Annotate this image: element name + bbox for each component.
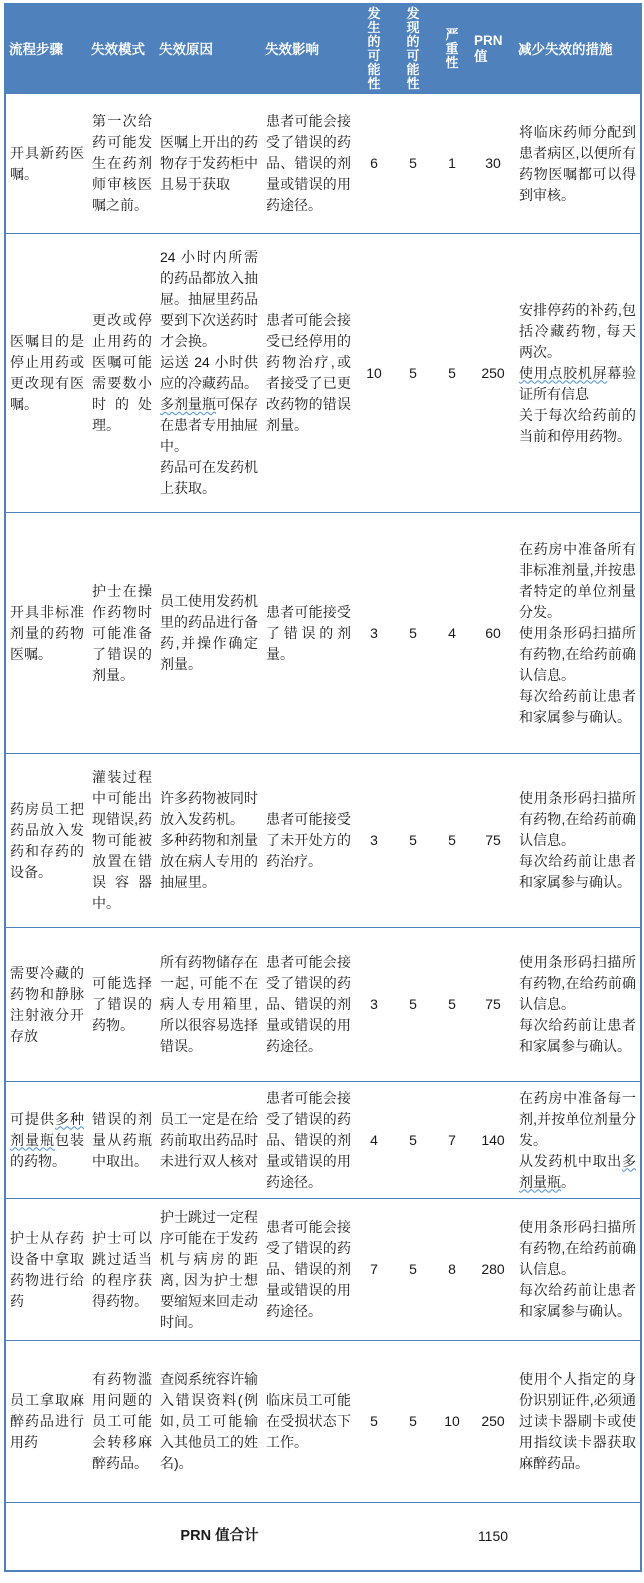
cell-occurrence-likelihood: 3 xyxy=(355,928,393,1082)
cell-detection-likelihood: 5 xyxy=(393,94,433,234)
footer-row: PRN 值合计 1150 xyxy=(5,1503,641,1571)
table-row: 可提供多种剂量瓶包装的药物。 错误的剂量从药瓶中取出。 员工一定是在给药前取出药… xyxy=(5,1082,641,1199)
cell-failure-cause: 护士跳过一定程序可能在于发药机与病房的距离, 因为护士想要缩短来回走动时间。 xyxy=(156,1199,262,1341)
cell-prn-value: 60 xyxy=(471,513,515,754)
spellcheck-squiggle: 多种剂量瓶 xyxy=(10,1111,84,1148)
cell-prn-value: 250 xyxy=(471,234,515,513)
cell-measures: 将临床药师分配到患者病区,以便所有药物医嘱都可以得到审核。 xyxy=(515,94,641,234)
cell-prn-value: 140 xyxy=(471,1082,515,1199)
cell-failure-cause: 员工一定是在给药前取出药品时未进行双人核对 xyxy=(156,1082,262,1199)
cell-prn-value: 30 xyxy=(471,94,515,234)
table-row: 护士从存药设备中拿取药物进行给药 护士可以跳过适当的程序获得药物。 护士跳过一定… xyxy=(5,1199,641,1341)
cell-process-step: 医嘱目的是停止用药或更改现有医嘱。 xyxy=(5,234,88,513)
cell-measures: 使用个人指定的身份识别证件,必须通过读卡器刷卡或使用指纹读卡器获取麻醉药品。 xyxy=(515,1341,641,1503)
cell-failure-effect: 患者可能会接受了错误的药品、错误的剂量或错误的用药途径。 xyxy=(262,1082,355,1199)
cell-failure-mode: 有药物滥用问题的员工可能会转移麻醉药品。 xyxy=(88,1341,156,1503)
cell-occurrence-likelihood: 3 xyxy=(355,513,393,754)
cell-detection-likelihood: 5 xyxy=(393,234,433,513)
cell-failure-mode: 护士可以跳过适当的程序获得药物。 xyxy=(88,1199,156,1341)
cell-severity: 5 xyxy=(433,754,471,928)
cell-failure-effect: 患者可能会接受已经停用的药物治疗,或者接受了已更改药物的错误剂量。 xyxy=(262,234,355,513)
cell-failure-mode: 可能选择了错误的药物。 xyxy=(88,928,156,1082)
cell-failure-cause: 所有药物储存在一起, 可能不在病人专用箱里, 所以很容易选择错误。 xyxy=(156,928,262,1082)
table-row: 需要冷藏的药物和静脉注射液分开存放 可能选择了错误的药物。 所有药物储存在一起,… xyxy=(5,928,641,1082)
cell-process-step: 药房员工把药品放入发药和存药的设备。 xyxy=(5,754,88,928)
cell-occurrence-likelihood: 10 xyxy=(355,234,393,513)
column-header-severity: 严重性 xyxy=(433,4,471,94)
spellcheck-squiggle: 多剂量瓶 xyxy=(160,396,216,412)
cell-measures: 在药房中准备每一剂,并按单位剂量分发。从发药机中取出多剂量瓶。 xyxy=(515,1082,641,1199)
cell-occurrence-likelihood: 3 xyxy=(355,754,393,928)
spellcheck-squiggle: 多剂量瓶 xyxy=(519,1153,636,1190)
cell-detection-likelihood: 5 xyxy=(393,928,433,1082)
prn-total-value: 1150 xyxy=(471,1503,515,1571)
cell-severity: 10 xyxy=(433,1341,471,1503)
cell-process-step: 可提供多种剂量瓶包装的药物。 xyxy=(5,1082,88,1199)
cell-occurrence-likelihood: 6 xyxy=(355,94,393,234)
footer-spacer-measures xyxy=(515,1503,641,1571)
header-row: 流程步骤 失效模式 失效原因 失效影响 发生的可能性 发现的可能性 严重性 PR… xyxy=(5,4,641,94)
column-header-measures: 减少失效的措施 xyxy=(515,4,641,94)
cell-process-step: 员工拿取麻醉药品进行用药 xyxy=(5,1341,88,1503)
cell-failure-mode: 灌装过程中可能出现错误,药物可能被放置在错误容器中。 xyxy=(88,754,156,928)
cell-prn-value: 280 xyxy=(471,1199,515,1341)
cell-failure-cause: 许多药物被同时放入发药机。多种药物和剂量放在病人专用的抽屉里。 xyxy=(156,754,262,928)
cell-measures: 使用条形码扫描所有药物,在给药前确认信息。每次给药前让患者和家属参与确认。 xyxy=(515,1199,641,1341)
cell-detection-likelihood: 5 xyxy=(393,1341,433,1503)
table-row: 医嘱目的是停止用药或更改现有医嘱。 更改或停止用药的医嘱可能需要数小时的处理。 … xyxy=(5,234,641,513)
cell-failure-cause: 24 小时内所需的药品都放入抽屉。抽屉里药品要到下次送药时才会换。运送 24 小… xyxy=(156,234,262,513)
cell-severity: 5 xyxy=(433,928,471,1082)
cell-severity: 4 xyxy=(433,513,471,754)
cell-detection-likelihood: 5 xyxy=(393,1199,433,1341)
cell-severity: 8 xyxy=(433,1199,471,1341)
column-header-failure-mode: 失效模式 xyxy=(88,4,156,94)
cell-failure-cause: 查阅系统容许输入错误资料(例如,员工可能输入其他员工的姓名)。 xyxy=(156,1341,262,1503)
cell-process-step: 需要冷藏的药物和静脉注射液分开存放 xyxy=(5,928,88,1082)
table-row: 员工拿取麻醉药品进行用药 有药物滥用问题的员工可能会转移麻醉药品。 查阅系统容许… xyxy=(5,1341,641,1503)
column-header-process-step: 流程步骤 xyxy=(5,4,88,94)
cell-prn-value: 75 xyxy=(471,754,515,928)
cell-measures: 安排停药的补药,包括冷藏药物, 每天两次。使用点胶机屏幕验证所有信息关于每次给药… xyxy=(515,234,641,513)
cell-prn-value: 250 xyxy=(471,1341,515,1503)
prn-total-label: PRN 值合计 xyxy=(5,1503,433,1571)
column-header-prn-value: PRN 值 xyxy=(471,4,515,94)
table-body: 开具新药医嘱。 第一次给药可能发生在药剂师审核医嘱之前。 医嘱上开出的药物存于发… xyxy=(5,94,641,1503)
cell-detection-likelihood: 5 xyxy=(393,754,433,928)
cell-failure-effect: 患者可能会接受了错误的药品、错误的剂量或错误的用药途径。 xyxy=(262,1199,355,1341)
cell-failure-effect: 临床员工可能在受损状态下工作。 xyxy=(262,1341,355,1503)
spellcheck-squiggle: 使用点胶机屏 xyxy=(519,365,607,381)
cell-measures: 使用条形码扫描所有药物,在给药前确认信息。每次给药前让患者和家属参与确认。 xyxy=(515,928,641,1082)
cell-failure-mode: 第一次给药可能发生在药剂师审核医嘱之前。 xyxy=(88,94,156,234)
column-header-failure-cause: 失效原因 xyxy=(156,4,262,94)
cell-severity: 7 xyxy=(433,1082,471,1199)
cell-failure-effect: 患者可能接受了未开处方的药治疗。 xyxy=(262,754,355,928)
column-header-detection-likelihood: 发现的可能性 xyxy=(393,4,433,94)
cell-measures: 在药房中准备所有非标准剂量,并按患者特定的单位剂量分发。使用条形码扫描所有药物,… xyxy=(515,513,641,754)
table-row: 药房员工把药品放入发药和存药的设备。 灌装过程中可能出现错误,药物可能被放置在错… xyxy=(5,754,641,928)
cell-failure-mode: 更改或停止用药的医嘱可能需要数小时的处理。 xyxy=(88,234,156,513)
cell-failure-cause: 员工使用发药机里的药品进行备药,并操作确定剂量。 xyxy=(156,513,262,754)
fmea-table: 流程步骤 失效模式 失效原因 失效影响 发生的可能性 发现的可能性 严重性 PR… xyxy=(4,3,642,1572)
cell-severity: 1 xyxy=(433,94,471,234)
cell-failure-effect: 患者可能接受了错误的剂量。 xyxy=(262,513,355,754)
cell-failure-mode: 护士在操作药物时可能准备了错误的剂量。 xyxy=(88,513,156,754)
column-header-failure-effect: 失效影响 xyxy=(262,4,355,94)
cell-occurrence-likelihood: 4 xyxy=(355,1082,393,1199)
cell-detection-likelihood: 5 xyxy=(393,513,433,754)
cell-process-step: 开具非标准剂量的药物医嘱。 xyxy=(5,513,88,754)
footer-spacer-severity xyxy=(433,1503,471,1571)
cell-occurrence-likelihood: 5 xyxy=(355,1341,393,1503)
cell-failure-mode: 错误的剂量从药瓶中取出。 xyxy=(88,1082,156,1199)
cell-process-step: 开具新药医嘱。 xyxy=(5,94,88,234)
cell-failure-effect: 患者可能会接受了错误的药品、错误的剂量或错误的用药途径。 xyxy=(262,94,355,234)
table-row: 开具非标准剂量的药物医嘱。 护士在操作药物时可能准备了错误的剂量。 员工使用发药… xyxy=(5,513,641,754)
table-row: 开具新药医嘱。 第一次给药可能发生在药剂师审核医嘱之前。 医嘱上开出的药物存于发… xyxy=(5,94,641,234)
cell-failure-effect: 患者可能会接受了错误的药品、错误的剂量或错误的用药途径。 xyxy=(262,928,355,1082)
cell-process-step: 护士从存药设备中拿取药物进行给药 xyxy=(5,1199,88,1341)
cell-measures: 使用条形码扫描所有药物,在给药前确认信息。每次给药前让患者和家属参与确认。 xyxy=(515,754,641,928)
cell-prn-value: 75 xyxy=(471,928,515,1082)
cell-severity: 5 xyxy=(433,234,471,513)
cell-failure-cause: 医嘱上开出的药物存于发药柜中且易于获取 xyxy=(156,94,262,234)
cell-occurrence-likelihood: 7 xyxy=(355,1199,393,1341)
cell-detection-likelihood: 5 xyxy=(393,1082,433,1199)
column-header-occurrence-likelihood: 发生的可能性 xyxy=(355,4,393,94)
